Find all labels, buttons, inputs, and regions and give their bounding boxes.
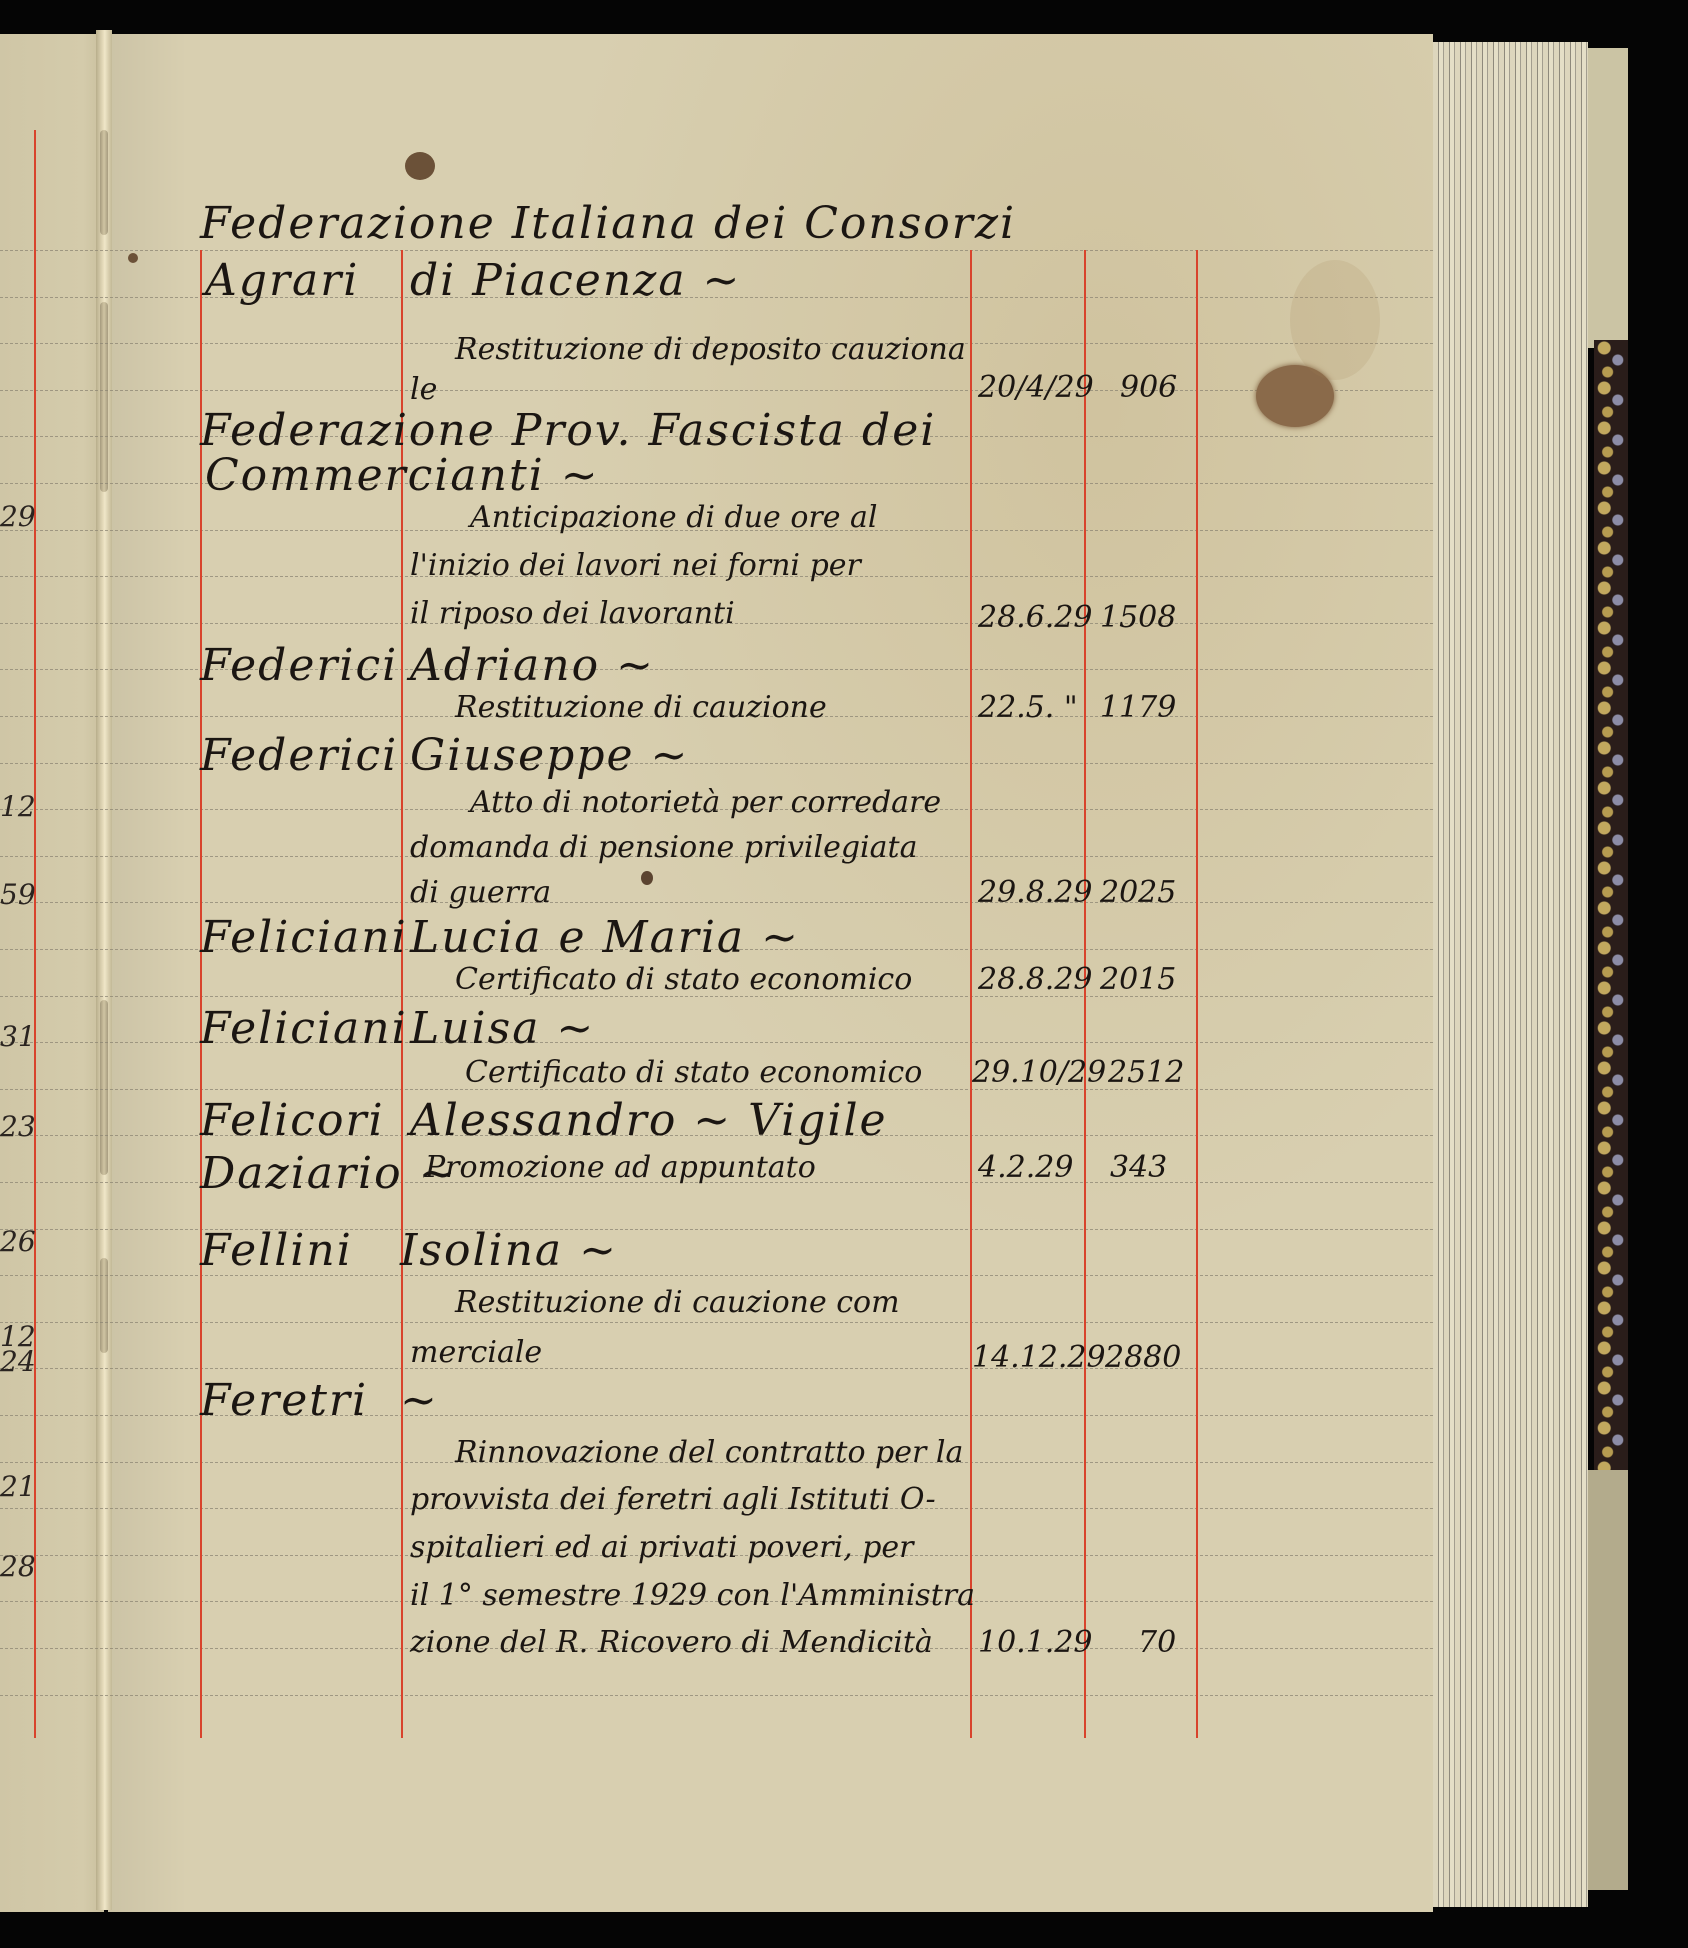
entry-given-name: Luisa ~ — [410, 1003, 595, 1054]
entry-date: 28.6.29 — [978, 600, 1093, 635]
left-fragment: 24 — [0, 1345, 36, 1378]
entry-date: 20/4/29 — [978, 370, 1094, 405]
marbled-cover — [1594, 340, 1628, 1470]
entry-name: Federazione Prov. Fascista dei — [200, 405, 936, 456]
cover-corner-top — [1588, 48, 1628, 348]
entry-surname: Feliciani — [200, 1003, 408, 1054]
entry-description: di guerra — [410, 875, 551, 910]
entry-number: 2880 — [1105, 1340, 1181, 1375]
ink-stain — [405, 152, 435, 180]
entry-description: merciale — [410, 1335, 542, 1370]
entry-surname: Federici — [200, 730, 398, 781]
entry-name-cont: Daziario ~ — [200, 1148, 457, 1199]
entry-date: 10.1.29 — [978, 1625, 1093, 1660]
ink-dot — [641, 871, 653, 885]
entry-given-name: Lucia e Maria ~ — [410, 912, 800, 963]
entry-number: 2025 — [1100, 875, 1176, 910]
entry-description: Certificato di stato economico — [455, 962, 912, 997]
entry-given-name: Adriano ~ — [410, 640, 655, 691]
entry-date: 4.2.29 — [978, 1150, 1073, 1185]
ruled-line — [0, 1368, 1433, 1369]
ruled-line — [0, 390, 1433, 391]
entry-given-name: ~ — [400, 1375, 439, 1426]
column-rule-end — [1196, 250, 1198, 1738]
entry-name: Federazione Italiana dei Consorzi — [200, 198, 1016, 249]
left-fragment: 29 — [0, 500, 36, 533]
entry-description: il 1° semestre 1929 con l'Amministra — [410, 1578, 975, 1613]
entry-given-name: Isolina ~ — [400, 1225, 618, 1276]
binding-stitch — [100, 130, 108, 235]
ruled-line — [0, 1695, 1433, 1696]
entry-description: spitalieri ed ai privati poveri, per — [410, 1530, 914, 1565]
entry-date: 14.12.29 — [972, 1340, 1106, 1375]
entry-description: provvista dei feretri agli Istituti O- — [410, 1482, 936, 1517]
left-facing-page — [0, 34, 104, 1912]
entry-description: zione del R. Ricovero di Mendicità — [410, 1625, 933, 1660]
left-fragment: 26 — [0, 1225, 36, 1258]
entry-description: domanda di pensione privilegiata — [410, 830, 917, 865]
entry-number: 1508 — [1100, 600, 1176, 635]
entry-surname: Felicori — [200, 1095, 385, 1146]
entry-surname: Feliciani — [200, 912, 408, 963]
entry-given-name: Alessandro ~ Vigile — [410, 1095, 888, 1146]
binding-stitch — [100, 1000, 108, 1175]
entry-name-cont: Commercianti ~ — [205, 450, 600, 501]
entry-description: Certificato di stato economico — [465, 1055, 922, 1090]
column-rule-date — [970, 250, 972, 1738]
ruled-line — [0, 1322, 1433, 1323]
entry-number: 2015 — [1100, 962, 1176, 997]
entry-description: le — [410, 372, 437, 407]
cover-corner-bottom — [1588, 1470, 1628, 1890]
book-spread: 29 12 59 31 23 26 12 24 21 28 Federazion… — [0, 0, 1688, 1948]
left-fragment: 59 — [0, 878, 36, 911]
ink-dot — [128, 253, 138, 263]
entry-description: l'inizio dei lavori nei forni per — [410, 548, 861, 583]
left-fragment: 12 — [0, 790, 36, 823]
entry-given-name: Giuseppe ~ — [410, 730, 689, 781]
entry-description: Anticipazione di due ore al — [470, 500, 878, 535]
entry-name-cont: Agrari — [205, 255, 359, 306]
entry-number: 1179 — [1100, 690, 1176, 725]
entry-description: Restituzione di deposito cauziona — [455, 332, 966, 367]
entry-description: Rinnovazione del contratto per la — [455, 1435, 963, 1470]
entry-number: 906 — [1120, 370, 1177, 405]
left-fragment: 23 — [0, 1110, 36, 1143]
left-fragment: 28 — [0, 1550, 36, 1583]
page-block-edges — [1433, 42, 1588, 1907]
left-fragment: 31 — [0, 1020, 36, 1053]
entry-number: 2512 — [1108, 1055, 1184, 1090]
ruled-line — [0, 250, 1433, 251]
entry-description: Atto di notorietà per corredare — [470, 785, 941, 820]
entry-name-cont: di Piacenza ~ — [410, 255, 741, 306]
entry-date: 28.8.29 — [978, 962, 1093, 997]
entry-description: Promozione ad appuntato — [425, 1150, 816, 1185]
entry-description: il riposo dei lavoranti — [410, 596, 735, 631]
entry-number: 70 — [1138, 1625, 1176, 1660]
entry-date: 22.5. " — [978, 690, 1078, 725]
entry-description: Restituzione di cauzione — [455, 690, 827, 725]
entry-surname: Fellini — [200, 1225, 353, 1276]
ruled-line — [0, 902, 1433, 903]
left-fragment: 21 — [0, 1470, 36, 1503]
entry-surname: Federici — [200, 640, 398, 691]
binding-stitch — [100, 302, 108, 492]
binding-stitch — [100, 1258, 108, 1353]
entry-description: Restituzione di cauzione com — [455, 1285, 900, 1320]
entry-number: 343 — [1110, 1150, 1167, 1185]
entry-date: 29.8.29 — [978, 875, 1093, 910]
entry-date: 29.10/29 — [972, 1055, 1106, 1090]
faint-stain — [1290, 260, 1380, 380]
column-rule-name — [200, 250, 202, 1738]
entry-surname: Feretri — [200, 1375, 368, 1426]
